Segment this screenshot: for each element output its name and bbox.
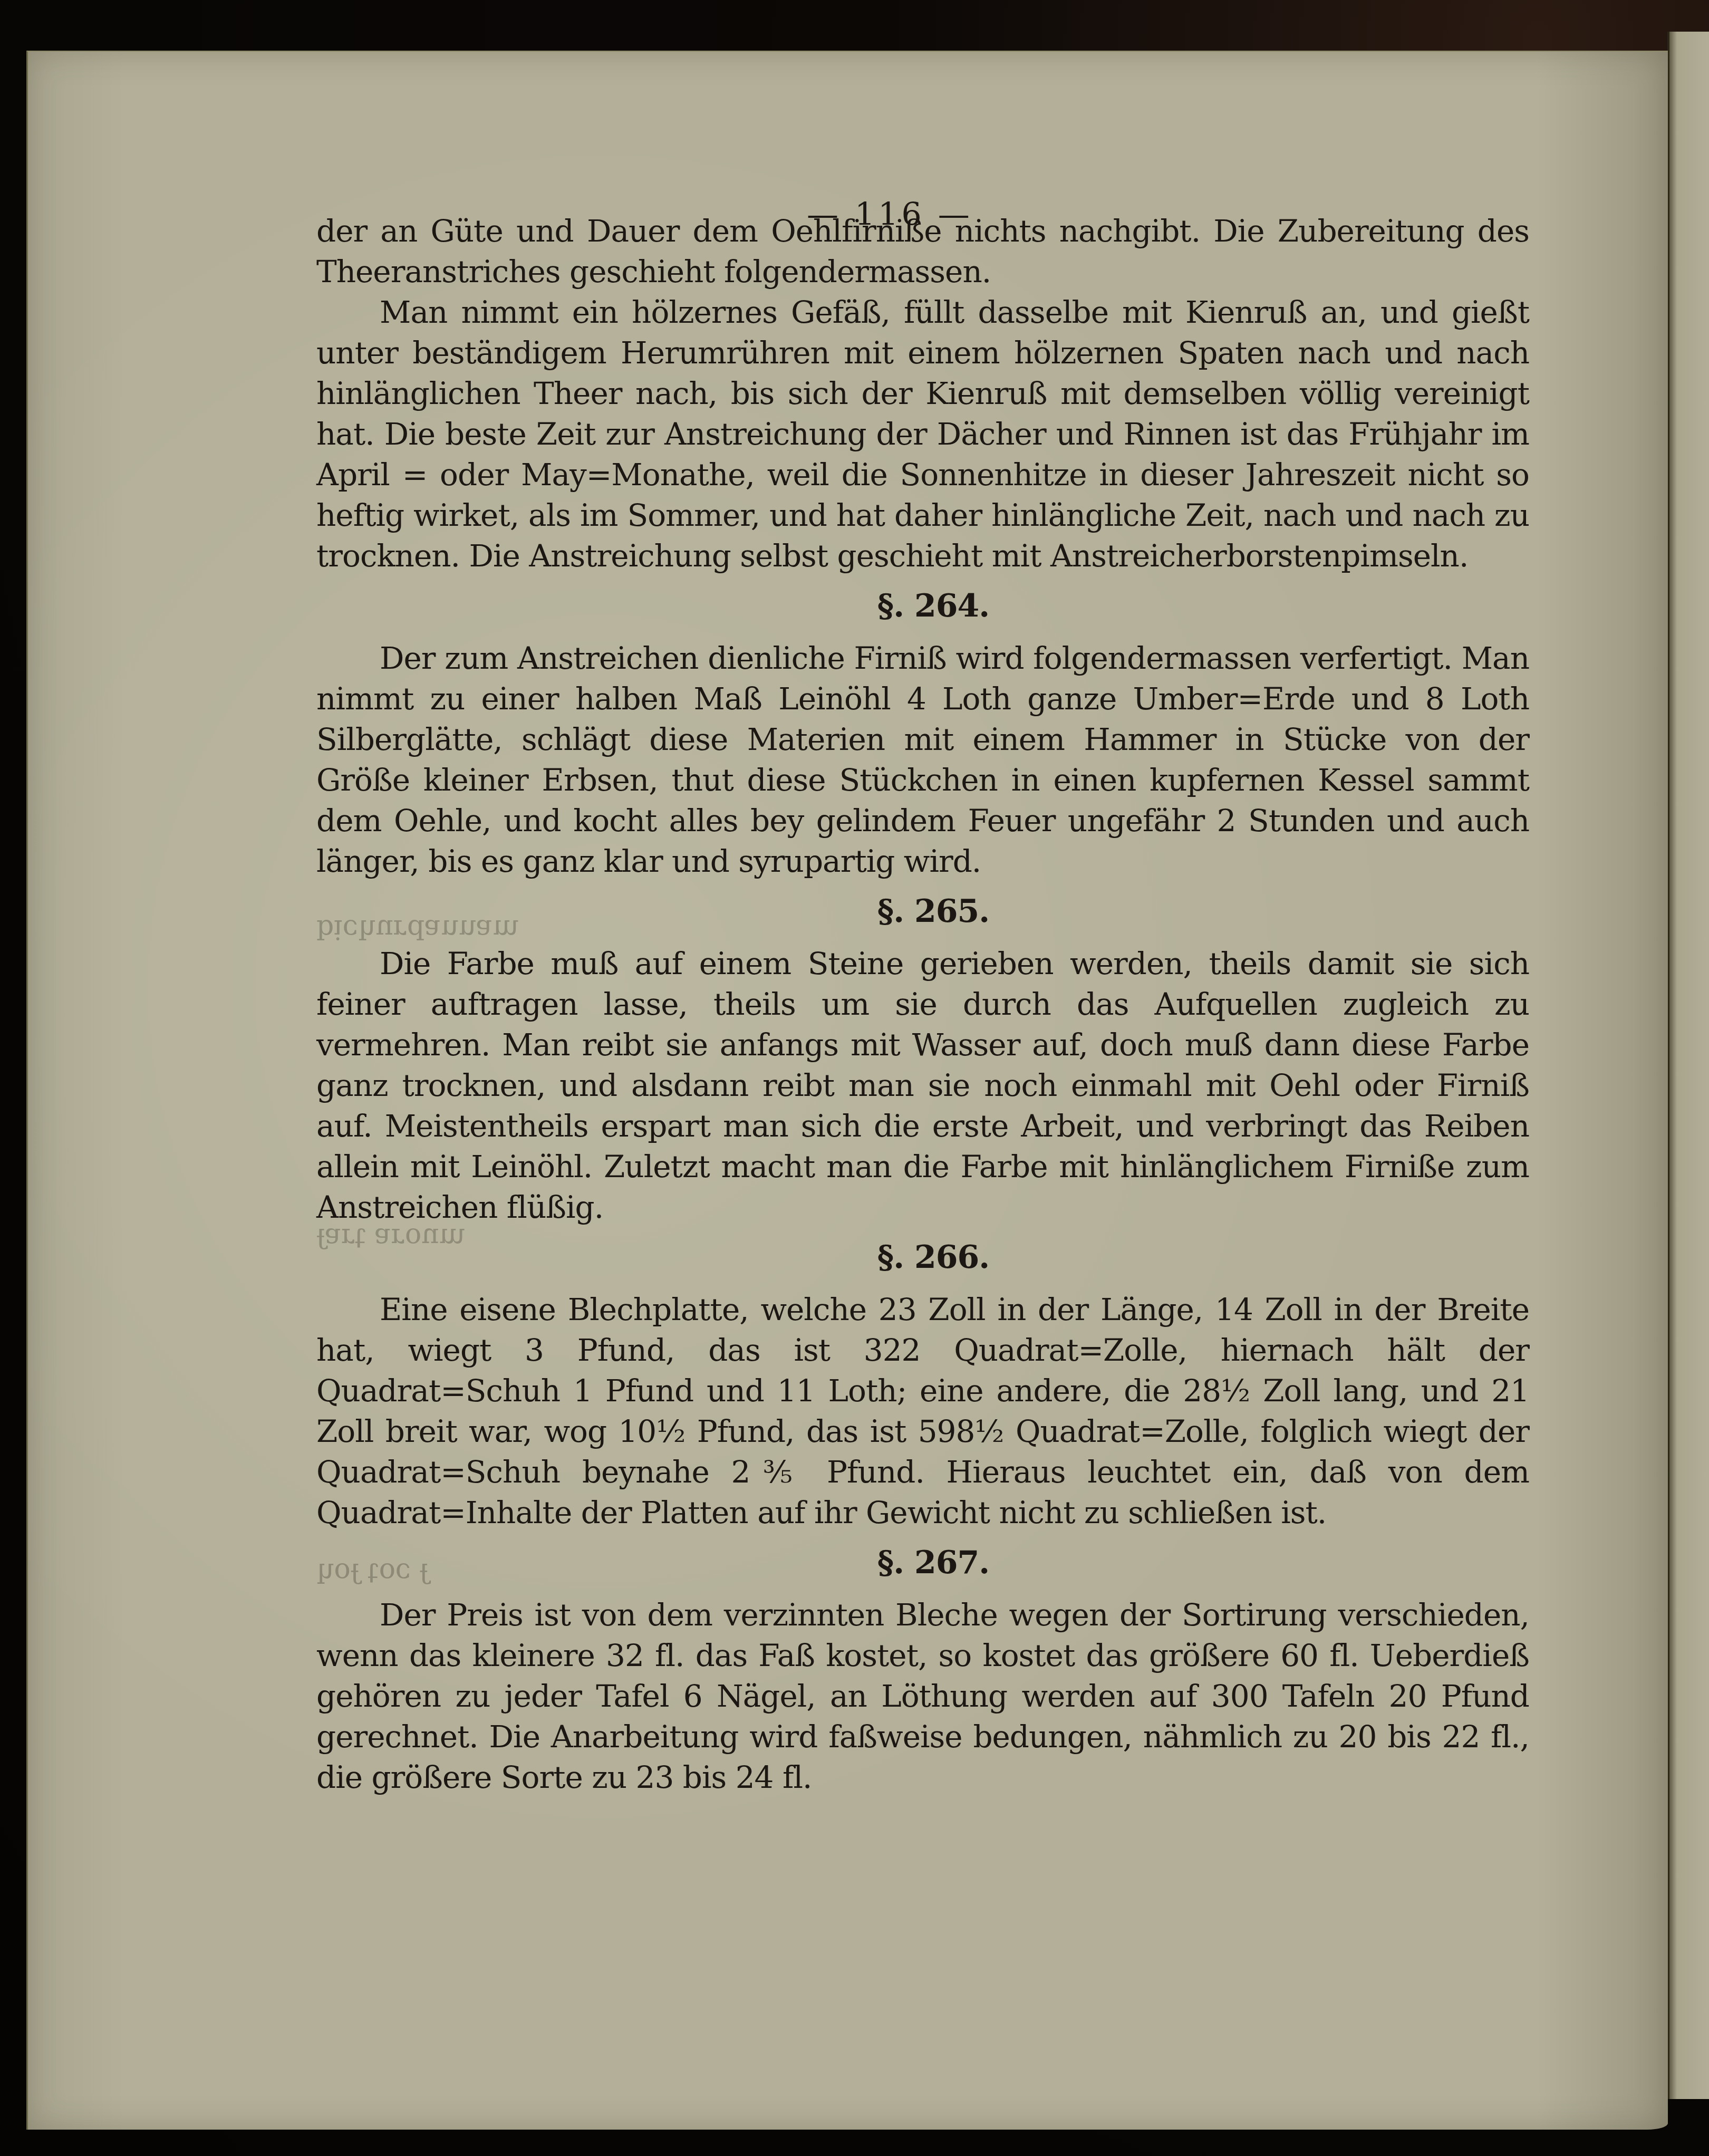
adjacent-page-edge — [1667, 32, 1709, 2099]
section-heading-266: §. 266. — [316, 1237, 1529, 1278]
paragraph-continued: der an Güte und Dauer dem Oehlfirniße ni… — [316, 211, 1529, 292]
section-text-265: Die Farbe muß auf einem Steine gerieben … — [316, 944, 1529, 1228]
section-heading-264: §. 264. — [316, 586, 1529, 627]
section-heading-267: §. 267. — [316, 1543, 1529, 1583]
paragraph: Man nimmt ein hölzernes Gefäß, füllt das… — [316, 292, 1529, 576]
section-text-266: Eine eisene Blechplatte, welche 23 Zoll … — [316, 1289, 1529, 1533]
section-text-267: Der Preis ist von dem verzinnten Bleche … — [316, 1595, 1529, 1798]
page-body: der an Güte und Dauer dem Oehlfirniße ni… — [316, 211, 1529, 1798]
section-text-264: Der zum Anstreichen dienliche Firniß wir… — [316, 638, 1529, 882]
section-heading-265: §. 265. — [316, 891, 1529, 932]
